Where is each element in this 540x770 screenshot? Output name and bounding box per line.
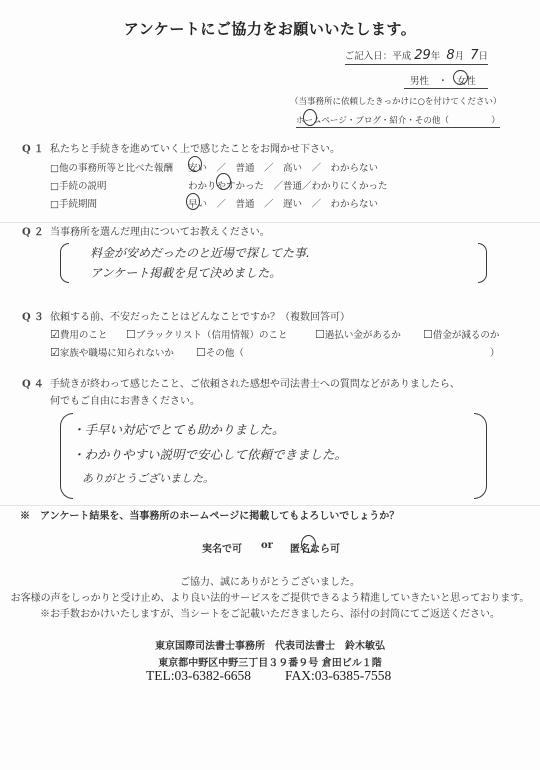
- q1-item-period[interactable]: □手続期間: [50, 196, 97, 210]
- q1-item-fee[interactable]: □他の事務所等と比べた報酬: [50, 160, 173, 174]
- q1-label: Q１: [22, 140, 47, 155]
- checkbox-icon[interactable]: ☐: [196, 346, 206, 359]
- q2-question: 当事務所を選んだ理由についてお教えください。: [50, 223, 270, 238]
- q1-item-explanation[interactable]: □手続の説明: [50, 178, 106, 192]
- option-label: 過払い金があるか: [325, 330, 401, 341]
- year-unit: 年: [431, 51, 441, 62]
- q2-bracket-right: [478, 243, 487, 283]
- publish-question: ※ アンケート結果を、当事務所のホームページに掲載してもよろしいでしょうか？: [20, 507, 399, 522]
- option-label: 費用のこと: [60, 330, 108, 341]
- q2-answer-line-2[interactable]: アンケート掲載を見て決めました。: [90, 264, 281, 281]
- publish-option-real-name[interactable]: 実名で可: [202, 540, 242, 555]
- q3-option-family-work[interactable]: ☑家族や職場に知られないか: [50, 345, 174, 359]
- q2-answer-line-1[interactable]: 料金が安めだったのと近場で探してた事.: [90, 244, 310, 261]
- q4-answer-line-1[interactable]: ・手早い対応でとても助かりました。: [72, 420, 285, 438]
- q2-bracket-left: [60, 243, 69, 283]
- q4-question-line-1: 手続きが終わって感じたこと、ご依頼された感想や司法書士への質問などがありましたら…: [50, 375, 460, 390]
- date-year[interactable]: 29: [414, 48, 431, 63]
- q1-question: 私たちと手続きを進めていく上で感じたことをお聞かせ下さい。: [50, 140, 340, 155]
- selection-circle-fast: [186, 193, 200, 210]
- q2-label: Q２: [22, 223, 47, 238]
- checkbox-checked-icon[interactable]: ☑: [50, 328, 60, 341]
- page-title: アンケートにご協力をお願いいたします。: [0, 18, 540, 39]
- selection-circle-male: [453, 70, 468, 85]
- selection-circle-homepage: [303, 109, 317, 126]
- q3-option-cost[interactable]: ☑費用のこと: [50, 327, 107, 341]
- q4-question-line-2: 何でもご自由にお書きください。: [50, 392, 200, 407]
- q3-option-other[interactable]: ☐その他（: [196, 345, 244, 359]
- selection-circle-cheap: [188, 156, 202, 172]
- closing-thanks: ご協力、誠にありがとうございました。: [0, 573, 540, 588]
- checkbox-icon[interactable]: ☐: [315, 328, 325, 341]
- gender-selector: 男性 ・ 女性: [404, 73, 488, 89]
- scan-artifact: [0, 505, 540, 506]
- q4-bracket-right: [474, 413, 487, 499]
- q3-question: 依頼する前、不安だったことはどんなことですか？（複数回答可）: [50, 308, 350, 323]
- q3-other-close: ）: [490, 345, 500, 359]
- q4-label: Q４: [22, 375, 47, 390]
- publish-or: or: [261, 540, 273, 551]
- checkbox-icon[interactable]: ☐: [423, 328, 433, 341]
- checkbox-icon[interactable]: ☐: [126, 328, 136, 341]
- q1-choices-fee[interactable]: 安い ／ 普通 ／ 高い ／ わからない: [188, 160, 378, 174]
- office-tel[interactable]: TEL:03-6382-6658: [146, 668, 251, 684]
- day-unit: 日: [478, 51, 488, 62]
- closing-return-note: ※お手数おかけいたしますが、当シートをご記載いただきましたら、添付の封筒にてご返…: [0, 605, 540, 620]
- q3-label: Q３: [22, 308, 47, 323]
- q3-option-overpayment[interactable]: ☐過払い金があるか: [315, 327, 401, 341]
- month-unit: 月: [455, 51, 465, 62]
- option-label: 家族や職場に知られないか: [60, 348, 174, 359]
- selection-circle-easy: [216, 173, 231, 190]
- gender-male[interactable]: 男性: [410, 76, 429, 87]
- date-label: ご記入日：平成: [345, 51, 412, 62]
- office-name: 東京国際司法書士事務所 代表司法書士 鈴木敏弘: [0, 637, 540, 652]
- checkbox-checked-icon[interactable]: ☑: [50, 346, 60, 359]
- option-label: その他（: [206, 348, 244, 359]
- trigger-options[interactable]: ホームページ・ブログ・紹介・その他（ ）: [296, 114, 500, 128]
- option-label: 借金が減るのか: [433, 330, 500, 341]
- trigger-instruction: （当事務所に依頼したきっかけに○を付けてください）: [290, 95, 501, 107]
- entry-date: ご記入日：平成 29年 8月 7日: [345, 48, 488, 65]
- gender-separator: ・: [438, 76, 448, 87]
- q3-option-blacklist[interactable]: ☐ブラックリスト（信用情報）のこと: [126, 327, 288, 341]
- q1-choices-period[interactable]: 早い ／ 普通 ／ 遅い ／ わからない: [188, 196, 378, 210]
- q4-answer-line-2[interactable]: ・わかりやすい説明で安心して依頼できました。: [72, 445, 347, 463]
- option-label: ブラックリスト（信用情報）のこと: [136, 330, 288, 341]
- closing-commitment: お客様の声をしっかりと受け止め、より良い法的サービスをご提供できるよう精進してい…: [0, 589, 540, 604]
- office-fax: FAX:03-6385-7558: [285, 668, 391, 684]
- q3-option-debt-reduction[interactable]: ☐借金が減るのか: [423, 327, 499, 341]
- date-month[interactable]: 8: [446, 48, 454, 63]
- q4-answer-line-3[interactable]: ありがとうございました。: [82, 470, 214, 486]
- selection-circle-anonymous: [301, 535, 316, 553]
- office-address: 東京都中野区中野三丁目３９番９号 倉田ビル１階: [0, 654, 540, 669]
